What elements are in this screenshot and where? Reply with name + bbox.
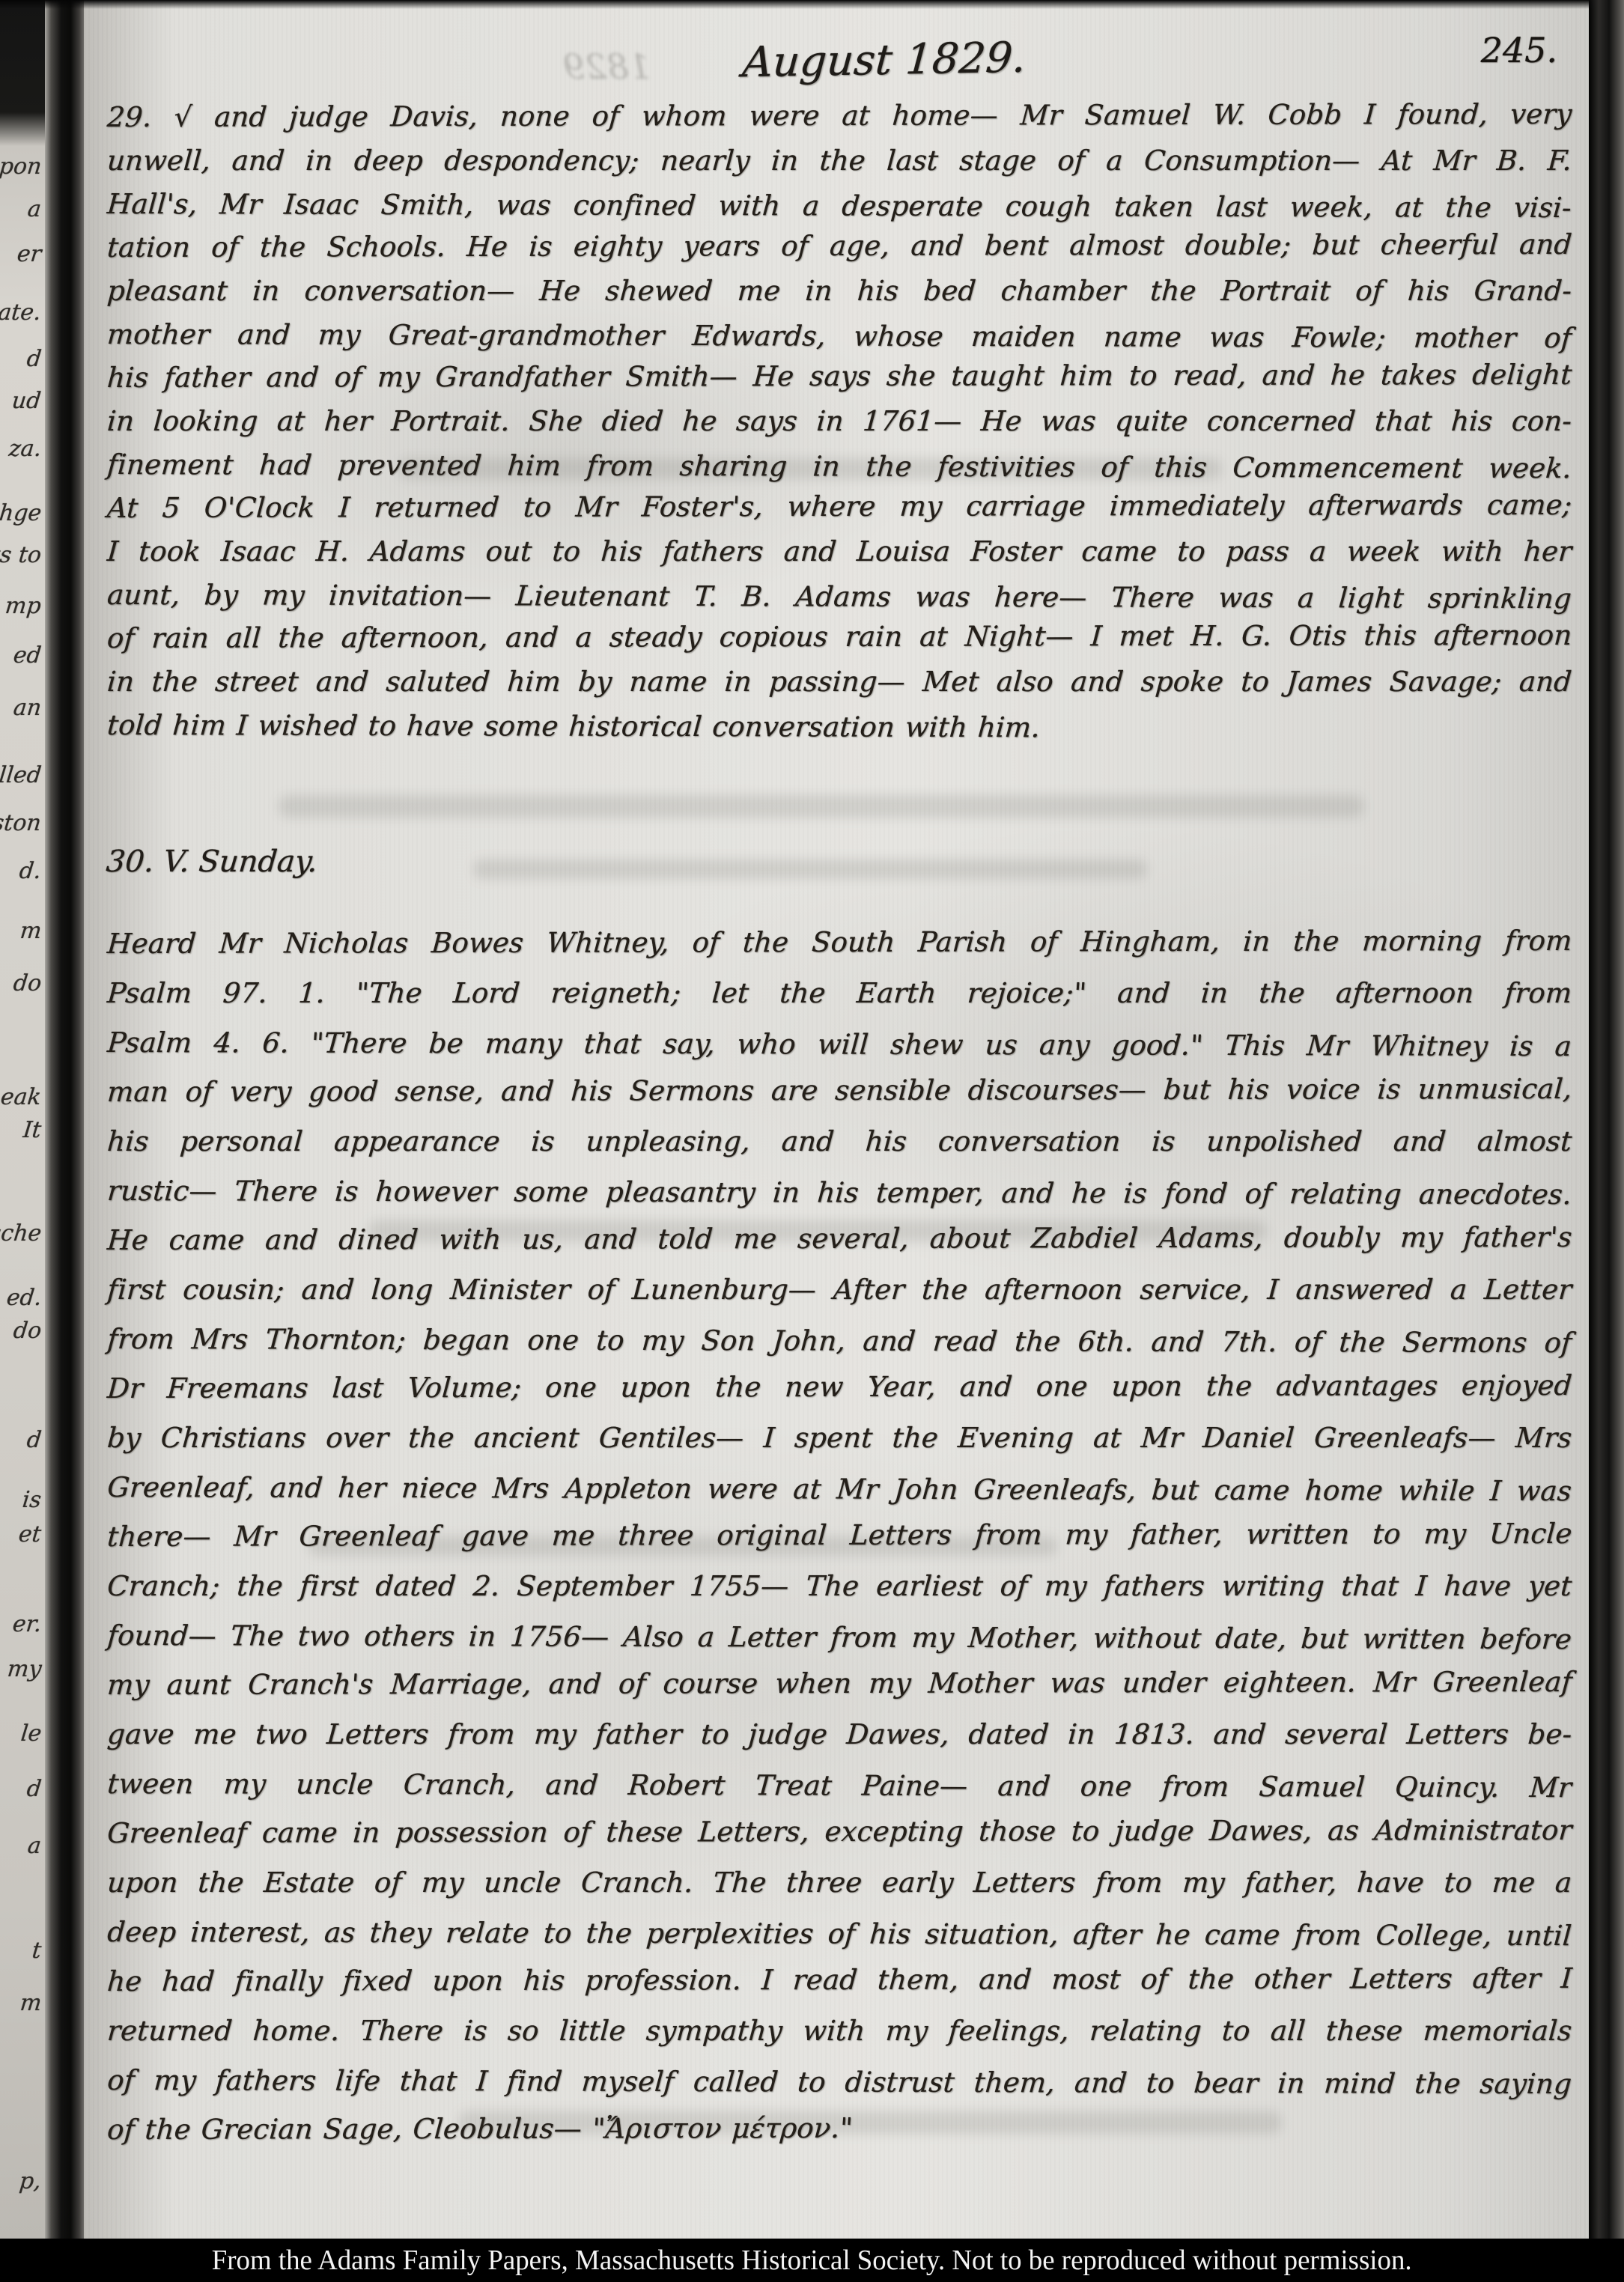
manuscript-line: by Christians over the ancient Gentiles—…	[106, 1414, 1574, 1463]
manuscript-line: unwell, and in deep despondency; nearly …	[106, 139, 1573, 183]
facing-page-text-fragment: is	[21, 1487, 43, 1513]
facing-page-text-fragment: za.	[7, 436, 43, 462]
facing-page-text-fragment: er	[16, 241, 43, 267]
manuscript-line: 29. √ and judge Davis, none of whom were…	[106, 93, 1573, 139]
diary-entry-august-30: Heard Mr Nicholas Bowes Whitney, of the …	[106, 919, 1571, 2155]
verso-showthrough-smudge	[473, 859, 1147, 879]
manuscript-line: rustic— There is however some pleasantry…	[106, 1166, 1573, 1220]
manuscript-line: deep interest, as they relate to the per…	[106, 1908, 1573, 1961]
manuscript-line: found— The two others in 1756— Also a Le…	[106, 1611, 1573, 1664]
ink-bleed-ghost: 1829	[563, 46, 651, 87]
manuscript-line: in looking at her Portrait. She died he …	[106, 400, 1573, 443]
facing-page-text-fragment: d	[25, 346, 43, 372]
manuscript-line: his personal appearance is unpleasing, a…	[106, 1117, 1574, 1166]
manuscript-line: I took Isaac H. Adams out to his fathers…	[106, 530, 1573, 573]
manuscript-line: of my fathers life that I find myself ca…	[106, 2056, 1573, 2109]
manuscript-line: Psalm 4. 6. "There be many that say, who…	[106, 1018, 1573, 1071]
manuscript-line: man of very good sense, and his Sermons …	[106, 1065, 1574, 1117]
manuscript-line: Greenleaf, and her niece Mrs Appleton we…	[106, 1463, 1573, 1516]
scanned-diary-page: t uponaerstate.dudza.hgets tompedanalled…	[0, 0, 1624, 2282]
manuscript-line: pleasant in conversation— He shewed me i…	[106, 270, 1573, 313]
facing-page-text-fragment: et	[17, 1521, 42, 1548]
credit-bar: From the Adams Family Papers, Massachuse…	[0, 2239, 1624, 2282]
facing-page-text-fragment: d.	[18, 858, 42, 884]
manuscript-line: his father and of my Grandfather Smith— …	[106, 353, 1573, 400]
manuscript-line: tation of the Schools. He is eighty year…	[106, 223, 1573, 270]
facing-page-text-fragment: m	[19, 1990, 43, 2016]
manuscript-line: Greenleaf came in possession of these Le…	[106, 1806, 1574, 1858]
manuscript-line: of rain all the afternoon, and a steady …	[106, 614, 1573, 660]
manuscript-line: upon the Estate of my uncle Cranch. The …	[106, 1858, 1574, 1908]
facing-page-text-fragment: a	[26, 1833, 43, 1859]
credit-text: From the Adams Family Papers, Massachuse…	[212, 2244, 1412, 2277]
facing-page-text-fragment: my	[6, 1656, 43, 1682]
facing-page-text-fragment: p,	[18, 2168, 42, 2194]
manuscript-line: in the street and saluted him by name in…	[106, 660, 1573, 704]
manuscript-line: first cousin; and long Minister of Lunen…	[106, 1265, 1574, 1315]
manuscript-line: my aunt Cranch's Marriage, and of course…	[106, 1658, 1574, 1710]
facing-page-text-fragment: mp	[4, 593, 43, 619]
scan-right-border	[1589, 0, 1624, 2239]
facing-page-text-fragment: ed	[12, 642, 43, 669]
facing-page-text-fragment: d	[25, 1776, 43, 1802]
facing-page-text-fragment: alled	[0, 762, 43, 788]
facing-page-text-fragment: t	[31, 1938, 43, 1964]
manuscript-line: he had finally fixed upon his profession…	[106, 1954, 1574, 2006]
manuscript-line: returned home. There is so little sympat…	[106, 2006, 1574, 2056]
page-date-heading: August 1829.	[740, 34, 1027, 88]
facing-page-text-fragment: er.	[11, 1611, 43, 1637]
facing-page-text-fragment: a	[26, 196, 43, 222]
facing-page-text-fragment: do	[12, 1318, 43, 1344]
manuscript-line: there— Mr Greenleaf gave me three origin…	[106, 1509, 1574, 1562]
manuscript-line: tween my uncle Cranch, and Robert Treat …	[106, 1759, 1573, 1813]
binding-gutter	[45, 0, 84, 2239]
facing-page-text-fragment: sche	[0, 1220, 43, 1247]
facing-page-text-fragment: ts to	[0, 542, 43, 568]
manuscript-line: He came and dined with us, and told me s…	[106, 1213, 1574, 1265]
facing-page-text-fragment: It	[22, 1117, 43, 1143]
facing-page-text-fragment: ud	[11, 388, 43, 414]
manuscript-line: of the Grecian Sage, Cleobulus— "Ἄριστον…	[106, 2102, 1574, 2155]
facing-page-text-fragment: eak	[0, 1084, 43, 1110]
facing-page-text-fragment: ston	[0, 810, 43, 836]
manuscript-line: At 5 O'Clock I returned to Mr Foster's, …	[106, 484, 1573, 530]
verso-showthrough-smudge	[279, 795, 1364, 818]
manuscript-line: Cranch; the first dated 2. September 175…	[106, 1562, 1574, 1611]
diary-entry-heading-august-30: 30. V. Sunday.	[105, 845, 319, 879]
facing-page-text-fragment: ed.	[5, 1285, 43, 1311]
facing-page-sliver: t uponaerstate.dudza.hgets tompedanalled…	[0, 0, 45, 2239]
manuscript-page: 1829 August 1829. 245. 29. √ and judge D…	[84, 0, 1589, 2239]
scan-top-border	[0, 0, 1624, 9]
facing-page-text-fragment: do	[12, 970, 43, 997]
manuscript-line: Heard Mr Nicholas Bowes Whitney, of the …	[106, 916, 1574, 969]
manuscript-line: Dr Freemans last Volume; one upon the ne…	[106, 1361, 1574, 1414]
diary-entry-august-29: 29. √ and judge Davis, none of whom were…	[106, 96, 1571, 747]
facing-page-text-fragment: le	[19, 1720, 43, 1747]
facing-page-text-fragment: m	[19, 918, 43, 944]
facing-page-text-fragment: an	[12, 695, 43, 721]
facing-page-text-fragment: t upon	[0, 153, 43, 180]
manuscript-line: from Mrs Thornton; began one to my Son J…	[106, 1315, 1573, 1368]
manuscript-line: gave me two Letters from my father to ju…	[106, 1710, 1574, 1759]
facing-page-text-fragment: hge	[0, 500, 43, 526]
manuscript-line: told him I wished to have some historica…	[106, 704, 1573, 751]
page-number: 245.	[1481, 30, 1557, 70]
manuscript-line: Psalm 97. 1. "The Lord reigneth; let the…	[106, 969, 1574, 1018]
facing-page-text-fragment: d	[25, 1427, 43, 1453]
facing-page-text-fragment: state.	[0, 299, 43, 326]
